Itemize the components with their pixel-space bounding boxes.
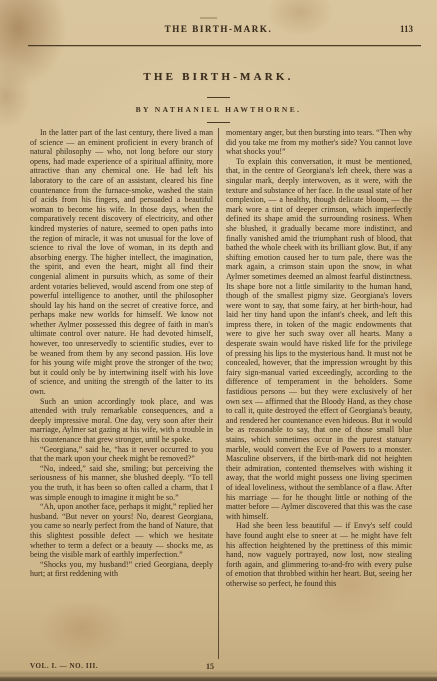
page-number: 113 [400,24,413,34]
paragraph: momentary anger, but then bursting into … [226,128,412,157]
article-title: THE BIRTH-MARK. [0,71,437,83]
paragraph: “Shocks you, my husband!” cried Georgian… [30,560,213,579]
paragraph: “Georgiana,” said he, “has it never occu… [30,445,213,464]
left-column: In the latter part of the last century, … [30,128,213,579]
paragraph: “Ah, upon another face, perhaps it might… [30,502,213,560]
byline-rule-bottom [207,122,230,123]
byline-rule-top [207,97,230,98]
text-columns: In the latter part of the last century, … [0,128,437,660]
column-divider [218,128,219,659]
paragraph: In the latter part of the last century, … [30,128,213,397]
paragraph: Such an union accordingly took place, an… [30,397,213,445]
volume-issue-label: VOL. I. — NO. III. [30,662,98,670]
scanned-page: THE BIRTH-MARK. 113 THE BIRTH-MARK. BY N… [0,0,437,681]
right-column: momentary anger, but then bursting into … [226,128,412,589]
page-bottom-shadow [0,670,437,681]
byline: BY NATHANIEL HAWTHORNE. [0,105,437,114]
page-header: THE BIRTH-MARK. 113 [0,24,437,36]
paragraph: To explain this conversation, it must be… [226,157,412,522]
paragraph: Had she been less beautiful — if Envy's … [226,521,412,588]
paragraph: “No, indeed,” said she, smiling; but per… [30,464,213,502]
running-head: THE BIRTH-MARK. [0,24,437,34]
showthrough-artifact [200,17,217,19]
header-rule [28,45,421,46]
